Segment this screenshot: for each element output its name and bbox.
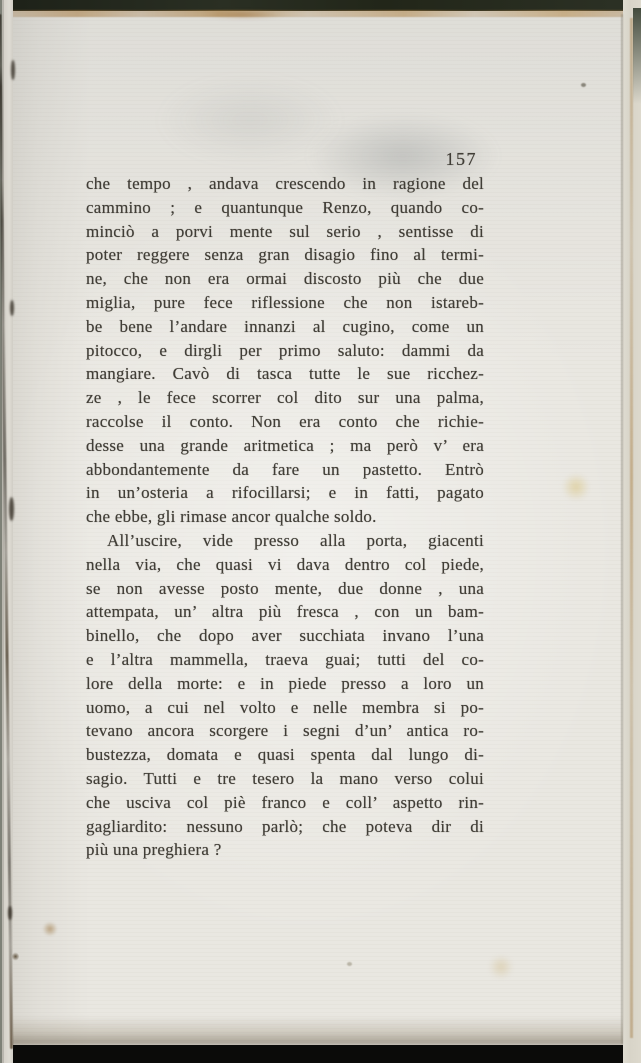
text-line: più una preghiera ?: [86, 838, 484, 862]
text-line: sagio. Tutti e tre tesero la mano verso …: [86, 767, 484, 791]
text-line: tevano ancora scorgere i segni d’un’ ant…: [86, 719, 484, 743]
text-line: ne, che non era ormai discosto più che d…: [86, 267, 484, 291]
text-line: che usciva col piè franco e coll’ aspett…: [86, 791, 484, 815]
stain: [581, 83, 586, 87]
text-line: All’uscire, vide presso alla porta, giac…: [86, 529, 484, 553]
stain: [188, 11, 298, 20]
page-right-tan-line: [630, 18, 633, 1038]
gutter-blemish: [10, 300, 14, 316]
stain: [563, 472, 589, 502]
text-line: e l’altra mammella, traeva guai; tutti d…: [86, 648, 484, 672]
stain: [12, 952, 19, 961]
text-line: poter reggere senza gran disagio fino al…: [86, 243, 484, 267]
stain: [347, 962, 352, 966]
book-bottom-edge: [0, 1045, 641, 1063]
top-right-corner-shadow: [633, 8, 641, 104]
text-line: che ebbe, gli rimase ancor qualche soldo…: [86, 505, 484, 529]
text-line: miglia, pure fece riflessione che non is…: [86, 291, 484, 315]
paragraph: che tempo , andava crescendo in ragione …: [86, 172, 484, 529]
bottom-shadow: [0, 1016, 641, 1045]
text-line: mangiare. Cavò di tasca tutte le sue ric…: [86, 362, 484, 386]
text-line: uomo, a cui nel volto e nelle membra si …: [86, 696, 484, 720]
page-number: 157: [446, 149, 478, 170]
text-line: bustezza, domata e quasi spenta dal lung…: [86, 743, 484, 767]
text-line: nella via, che quasi vi dava dentro col …: [86, 553, 484, 577]
text-line: cammino ; e quantunque Renzo, quando co-: [86, 196, 484, 220]
stain: [42, 922, 58, 936]
text-line: pitocco, e dirgli per primo saluto: damm…: [86, 339, 484, 363]
text-line: gagliardito: nessuno parlò; che poteva d…: [86, 815, 484, 839]
scanned-book-page: 157 che tempo , andava crescendo in ragi…: [0, 0, 641, 1063]
gutter-blemish: [8, 906, 12, 920]
text-line: be bene l’andare innanzi al cugino, come…: [86, 315, 484, 339]
text-line: binello, che dopo aver succhiata invano …: [86, 624, 484, 648]
gutter-blemish: [11, 60, 15, 80]
text-line: abbondantemente da fare un pastetto. Ent…: [86, 458, 484, 482]
text-line: che tempo , andava crescendo in ragione …: [86, 172, 484, 196]
text-line: ze , le fece scorrer col dito sur una pa…: [86, 386, 484, 410]
stain: [488, 955, 514, 979]
page-text: che tempo , andava crescendo in ragione …: [86, 172, 484, 862]
text-line: lore della morte: e in piede presso a lo…: [86, 672, 484, 696]
deckle-edge: [0, 10, 641, 17]
text-line: attempata, un’ altra più fresca , con un…: [86, 600, 484, 624]
paragraph: All’uscire, vide presso alla porta, giac…: [86, 529, 484, 862]
gutter-blemish: [9, 497, 14, 521]
page-right-edge-line: [621, 14, 623, 1044]
text-line: se non avesse posto mente, due donne , u…: [86, 577, 484, 601]
text-line: desse una grande aritmetica ; ma però v’…: [86, 434, 484, 458]
text-line: in un’osteria a rifocillarsi; e in fatti…: [86, 481, 484, 505]
text-line: raccolse il conto. Non era conto che ric…: [86, 410, 484, 434]
text-line: minciò a porvi mente sul serio , sentiss…: [86, 220, 484, 244]
